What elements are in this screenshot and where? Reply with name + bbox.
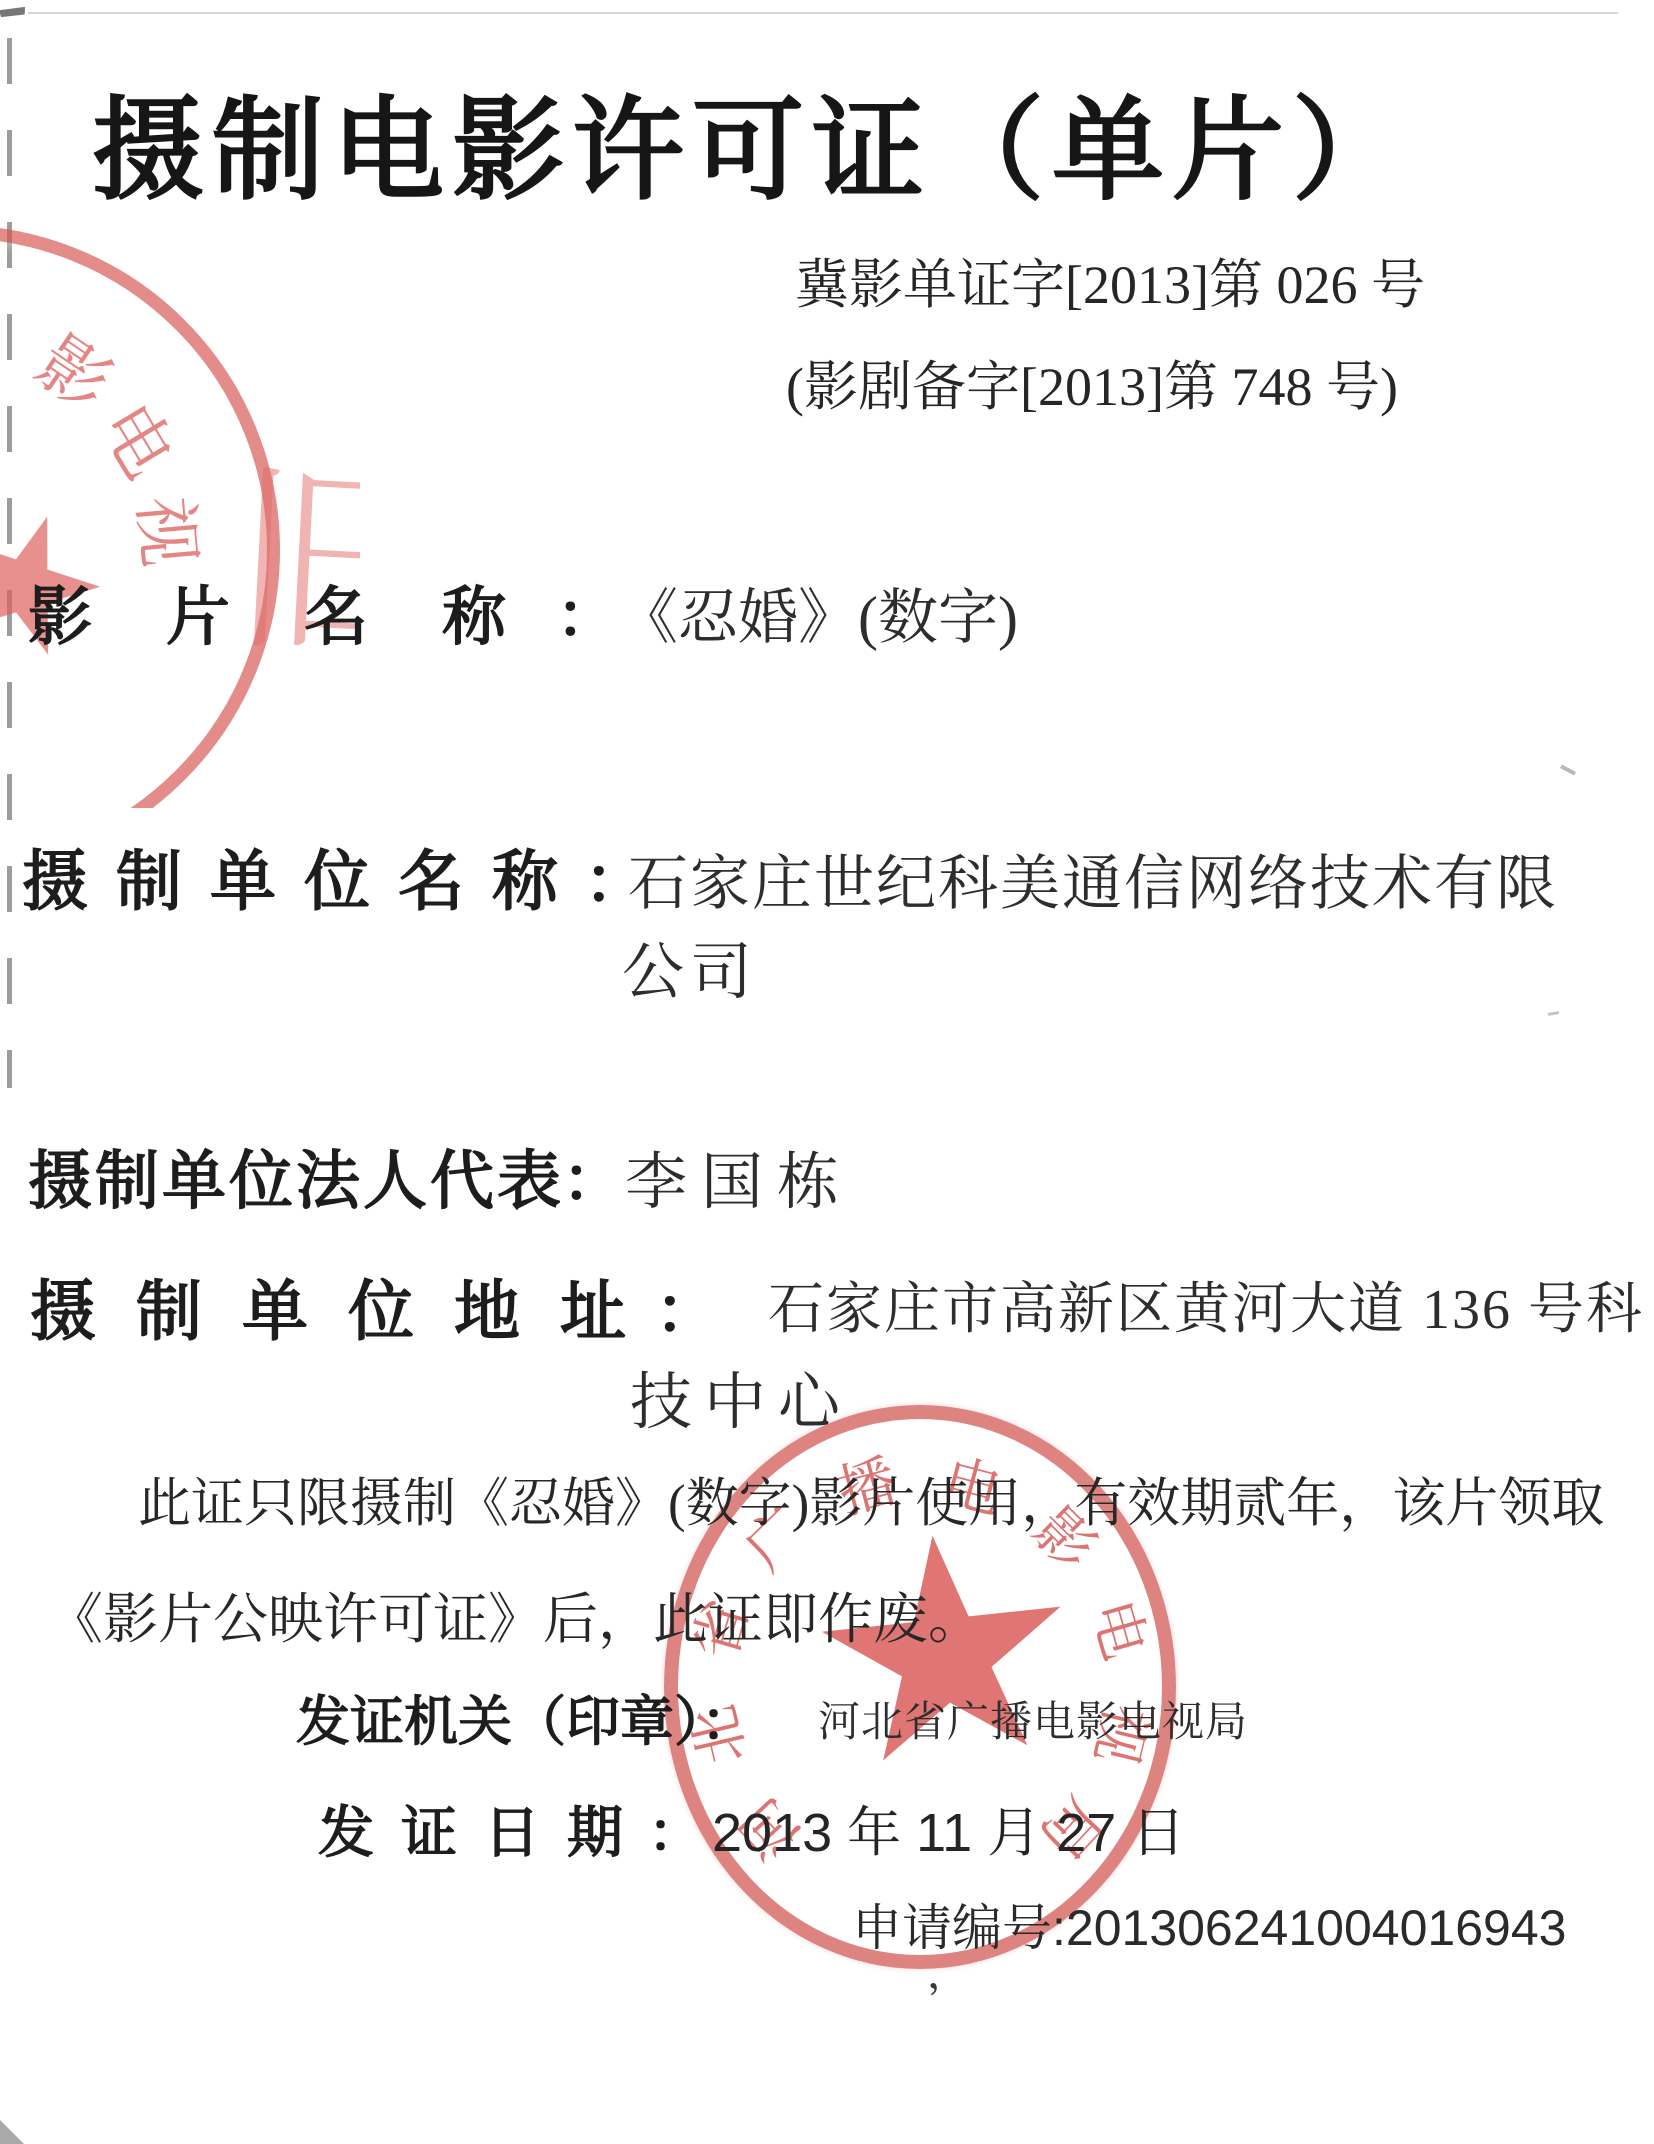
producer-address-value-line2: 技中心: [630, 1372, 852, 1434]
partial-seal-ring: [0, 228, 280, 808]
scan-corner-mark-bottom-left: [0, 2120, 24, 2144]
film-name-colon: ：: [556, 586, 618, 648]
partial-seal-fragment: 旧: [230, 394, 360, 698]
certificate-number-line1: 冀影单证字[2013]第 026 号: [795, 258, 1425, 312]
legal-representative-label: 摄制单位法人代表: [28, 1150, 564, 1214]
scan-corner-mark-top-left: [0, 2, 27, 21]
scan-edge-artifact-left: [7, 38, 12, 1088]
application-number: 申请编号:201306241004016943: [852, 1903, 1566, 1953]
producer-name-label: 摄制单位名称: [22, 850, 586, 916]
scan-speck: [1560, 764, 1576, 775]
issuing-authority-value: 河北省广播电影电视局: [818, 1702, 1248, 1744]
issue-date-value: 2013 年 11 月 27 日: [712, 1806, 1185, 1860]
legal-representative-value: 李国栋: [625, 1152, 853, 1214]
issuing-authority-label: 发证机关（印章）：: [296, 1695, 755, 1749]
film-name-label: 影片名称: [28, 586, 580, 650]
film-name-value: 《忍婚》(数字): [618, 588, 1018, 648]
page-title: 摄制电影许可证（单片）: [92, 95, 1412, 207]
scan-edge-artifact-top: [28, 12, 1618, 14]
producer-name-value-line2: 公司: [622, 942, 758, 1004]
legal-representative-colon: ：: [562, 1150, 624, 1212]
producer-address-label: 摄制单位地址: [30, 1280, 666, 1346]
producer-address-value-line1: 石家庄市高新区黄河大道 136 号科: [768, 1282, 1644, 1338]
notice-line2: 《影片公映许可证》后，此证即作废。: [48, 1592, 983, 1647]
producer-address-colon: ：: [655, 1280, 719, 1344]
scan-speck: [1548, 1011, 1559, 1016]
partial-official-seal: 影电视 旧: [0, 228, 360, 808]
producer-name-value-line1: 石家庄世纪科美通信网络技术有限: [628, 854, 1558, 914]
certificate-number-line2: (影剧备字[2013]第 748 号): [786, 360, 1398, 414]
notice-line1: 此证只限摄制《忍婚》(数字)影片使用，有效期贰年，该片领取: [138, 1478, 1604, 1531]
issue-date-colon: ：: [648, 1806, 702, 1860]
certificate-page: 影电视 旧 河北省广播电影电视局 摄制电影许可证（单片） 冀影单证字[2013]…: [0, 0, 1654, 2144]
official-seal-star-icon: [808, 1523, 1082, 1788]
issue-date-label: 发证日期: [318, 1806, 650, 1862]
